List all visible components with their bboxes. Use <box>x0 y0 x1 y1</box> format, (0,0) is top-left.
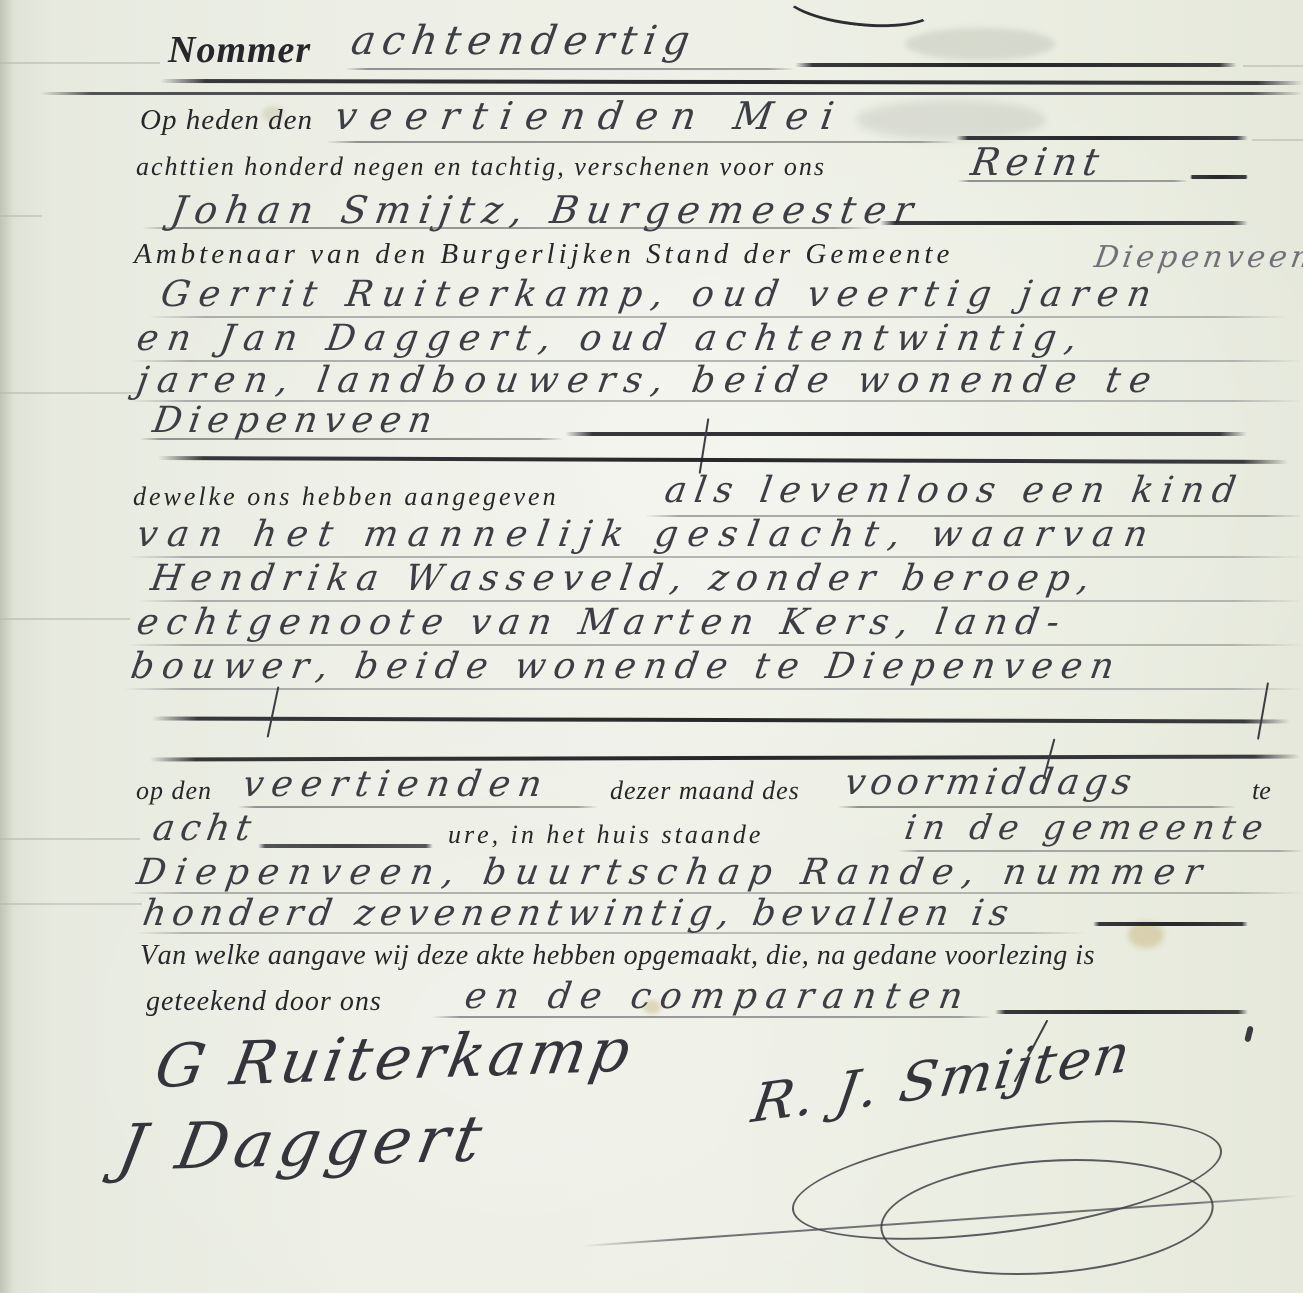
hand-event-day: veertienden <box>240 764 553 805</box>
stray-pen-stroke <box>699 418 710 474</box>
printed-op-heden-den: Op heden den <box>140 104 313 137</box>
printed-ure-huis-staande: ure, in het huis staande <box>448 820 763 850</box>
hand-event-place: Diepenveen, buurtschap Rande, nummer <box>134 852 1214 893</box>
fill-line <box>795 63 1237 67</box>
hand-in-de-gemeente: in de gemeente <box>902 808 1273 848</box>
hand-official-name-title: Johan Smijtz, Burgemeester <box>168 188 924 232</box>
pencil-smudge <box>905 28 1055 60</box>
printed-closing-clause: Van welke aangave wij deze akte hebben o… <box>140 940 1095 972</box>
fill-line-faint <box>1243 65 1303 67</box>
fill-dash <box>1190 175 1248 179</box>
hand-record-number: achtendertig <box>348 18 700 64</box>
fill-baseline <box>124 688 1303 690</box>
fill-line <box>995 1010 1248 1014</box>
fill-baseline <box>326 141 956 143</box>
fill-baseline <box>142 227 878 229</box>
rule-heavy <box>152 717 1290 724</box>
rule-heavy <box>150 754 1300 761</box>
ghost-line <box>0 392 138 394</box>
signature-daggert: J Daggert <box>112 1102 493 1186</box>
printed-label-nommer: Nommer <box>168 28 311 72</box>
hand-date-day-month: veertienden Mei <box>332 94 850 138</box>
hand-house-number-delivered: honderd zevenentwintig, bevallen is <box>140 893 1017 934</box>
signature-mayor: R. J. Smijten <box>748 1021 1136 1135</box>
printed-te: te <box>1252 776 1271 806</box>
rule-heavy <box>158 456 1288 464</box>
hand-municipality-name: Diepenveen <box>1092 240 1303 275</box>
hand-declarant-2: en Jan Daggert, oud achtentwintig, <box>134 318 1089 359</box>
ink-tick <box>1244 1026 1254 1043</box>
hand-declarants-occupation: jaren, landbouwers, beide wonende te <box>134 360 1163 401</box>
signature-ruiterkamp: G Ruiterkamp <box>150 1016 639 1102</box>
fill-baseline <box>432 1016 992 1018</box>
printed-op-den: op den <box>136 776 212 806</box>
printed-registrar-of-municipality: Ambtenaar van den Burgerlijken Stand der… <box>134 238 953 271</box>
cutoff-flourish-mark <box>780 0 940 34</box>
hand-child-sex: van het mannelijk geslacht, waarvan <box>134 514 1160 555</box>
fill-baseline <box>958 180 1188 182</box>
foxing-spot <box>1128 922 1164 948</box>
pencil-smudge <box>856 100 1046 140</box>
hand-lifeless-child: als levenloos een kind <box>662 470 1247 511</box>
hand-declarants-residence: Diepenveen <box>150 400 442 441</box>
hand-parents-residence: bouwer, beide wonende te Diepenveen <box>128 646 1125 687</box>
hand-and-the-appearers: en de comparanten <box>462 976 975 1017</box>
fill-line <box>565 432 1247 436</box>
fill-baseline <box>140 438 564 440</box>
hand-official-firstname: Reint <box>968 140 1108 184</box>
fill-line-faint <box>1252 139 1303 141</box>
hand-father-name: echtgenoote van Marten Kers, land- <box>134 602 1070 643</box>
ghost-line <box>0 618 130 620</box>
page-left-edge-shade <box>0 0 14 1293</box>
printed-who-declared: dewelke ons hebben aangegeven <box>133 482 559 512</box>
fill-baseline <box>238 806 598 808</box>
document-page: Nommer achtendertig Op heden den veertie… <box>0 0 1303 1293</box>
ghost-line <box>0 903 142 905</box>
fill-baseline <box>345 68 795 70</box>
fill-line <box>258 844 433 848</box>
hand-declarant-1: Gerrit Ruiterkamp, oud veertig jaren <box>158 274 1163 315</box>
fill-line <box>880 221 1248 225</box>
ghost-line <box>0 838 140 840</box>
printed-year-appeared: achttien honderd negen en tachtig, versc… <box>136 152 826 182</box>
hand-mother-name: Hendrika Wasseveld, zonder beroep, <box>148 558 1101 599</box>
ghost-line <box>0 215 42 217</box>
stray-pen-stroke <box>1257 682 1269 739</box>
hand-event-hour: acht <box>150 808 260 849</box>
printed-signed-by-us: geteekend door ons <box>146 986 382 1018</box>
printed-dezer-maand-des: dezer maand des <box>610 776 800 806</box>
rule-heavy <box>160 79 1303 84</box>
fill-dash <box>1093 922 1248 926</box>
fill-baseline <box>136 932 1086 934</box>
stray-pen-stroke <box>267 686 280 737</box>
hand-daypart: voormiddags <box>842 762 1139 803</box>
ghost-line <box>0 62 160 64</box>
